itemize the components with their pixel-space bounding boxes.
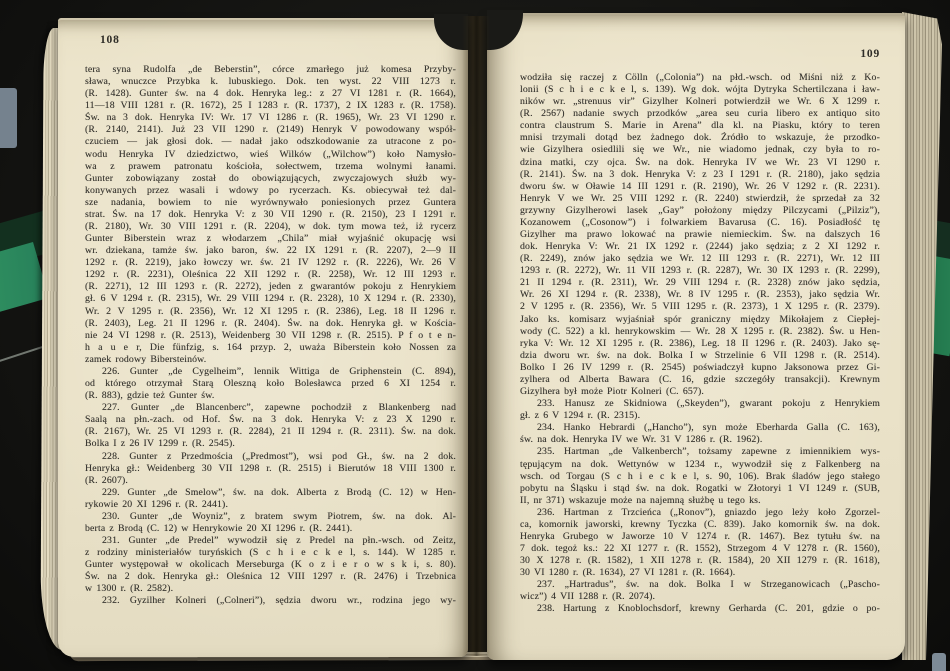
text-line: wa z prawem patronatu kościoła, sołectwe… <box>85 161 456 173</box>
text-line: grzywny Gizylherowi lasek „Gay” położony… <box>520 205 880 217</box>
text-line: (R. 2167), Wr. 25 VI 1293 r. (R. 2284), … <box>85 426 456 438</box>
text-line: zamek rodowy Bibersteinów. <box>85 354 456 366</box>
text-line: Gizylhera był może Piotr Kolneri (C. 657… <box>520 386 880 398</box>
text-line: (R. 2567) nadanie swych przodków „area s… <box>520 108 880 120</box>
text-line: Kozanowem („Cosonow”) i folwarkiem Bavar… <box>520 217 880 229</box>
text-line: Bolko I 26 IV 1299 r. (R. 2545) poświadc… <box>520 362 880 374</box>
text-line: wicz”) 4 VII 1288 r. (R. 2074). <box>520 591 880 603</box>
page-text-right: wodziła się raczej z Cölln („Colonia”) n… <box>520 72 880 616</box>
text-line: berta z Brodą (C. 12) w Henrykowie 20 XI… <box>85 523 456 535</box>
text-line: Wr. 2 V 1295 r. (R. 2356), Wr. 12 XI 129… <box>85 306 456 318</box>
text-line: (R. 2180), Wr. 30 VIII 1291 r. (R. 2204)… <box>85 221 456 233</box>
text-line: 30 VI 1280 r. (R. 1634), 27 VI 1281 r. (… <box>520 567 880 579</box>
text-line: II, nr 371) wskazuje może na najemną słu… <box>520 495 880 507</box>
text-line: Henryka Grubego w Jaworze 10 V 1274 r. (… <box>520 531 880 543</box>
text-line: Gizylher ma prawo lokować na prawie niem… <box>520 229 880 241</box>
text-line: z rodziny ministeriałów turyńskich (S c … <box>85 547 456 559</box>
text-line: 11—18 VIII 1281 r. (R. 1672), 25 I 1283 … <box>85 100 456 112</box>
book-page-left: 108 tera syna Rudolfa „de Beberstin”, có… <box>58 18 468 657</box>
text-line: (R. 2271), 12 III 1293 r. (R. 2272), jed… <box>85 281 456 293</box>
page-number-right: 109 <box>860 48 880 60</box>
text-line: ca, komornik jaworski, krewny Tyczka (C.… <box>520 519 880 531</box>
text-line: dok. Henryka V: Wr. 21 IX 1292 r. (2244)… <box>520 241 880 253</box>
text-line: pobytu na Śląsku i stąd św. na dok. Roga… <box>520 483 880 495</box>
text-line: (R. 2249), znów jako sędzia we Wr. 12 II… <box>520 253 880 265</box>
text-line: rykowie 20 XI 1296 r. (R. 2441). <box>85 499 456 511</box>
text-line: od którego otrzymał Starą Oleszną koło B… <box>85 378 456 390</box>
text-line: ników wr. „strenuus vir” Gizylher Kolner… <box>520 96 880 108</box>
text-line: 234. Hanko Hebrardi („Hancho”), syn może… <box>520 422 880 434</box>
text-line: 232. Gyzilher Kolneri („Colneri”), sędzi… <box>85 595 456 607</box>
text-line: dzia dworu wr. św. na dok. Bolka I w Str… <box>520 350 880 362</box>
text-line: św. na dok. Henryka IV we Wr. 31 V 1286 … <box>520 434 880 446</box>
text-line: h a u e r, Die fünfzig, s. 164 przyp. 2,… <box>85 342 456 354</box>
text-line: 229. Gunter „de Smelow”, św. na dok. Alb… <box>85 487 456 499</box>
text-line: gł. z 6 V 1294 r. (R. 2315). <box>520 410 880 422</box>
text-line: 30 X 1278 r. (R. 1582), 1 XII 1278 r. (R… <box>520 555 880 567</box>
page-number-left: 108 <box>100 34 120 46</box>
text-line: czuciem — jak głosi dok. — nadał jako od… <box>85 136 456 148</box>
text-line: (R. 2607). <box>85 475 456 487</box>
text-line: 2 V 1295 r. (R. 2356), Wr. 5 VIII 1295 r… <box>520 301 880 313</box>
text-line: (R. 2403), Leg. 21 II 1296 r. (R. 2404).… <box>85 318 456 330</box>
text-line: 21 II 1294 r. (R. 2311), Wr. 29 VIII 129… <box>520 277 880 289</box>
text-line: tera syna Rudolfa „de Beberstin”, córce … <box>85 64 456 76</box>
bookmark-tab-bottom-right <box>932 653 946 671</box>
text-line: strat. Św. na 17 dok. Henryka V: z 30 VI… <box>85 209 456 221</box>
text-line: konywanych przez wasali i wdowy po rycer… <box>85 185 456 197</box>
text-line: wodziła się raczej z Cölln („Colonia”) n… <box>520 72 880 84</box>
text-line: dzina matki, czy ojca. Św. na dok. Henry… <box>520 157 880 169</box>
text-line: dworu św. w Oławie 14 III 1291 r. (R. 21… <box>520 181 880 193</box>
text-line: Henryk V we Wr. 25 VIII 1292 r. (R. 2240… <box>520 193 880 205</box>
page-text-left: tera syna Rudolfa „de Beberstin”, córce … <box>85 64 456 608</box>
text-line: nie 24 VI 1298 r. (R. 2513), Weidenberg … <box>85 330 456 342</box>
text-line: Jako ks. komisarz wyjaśniał spór granicz… <box>520 314 880 326</box>
text-line: wodu Henryka IV dziedzictwo, wieś Wilków… <box>85 149 456 161</box>
text-line: 236. Hartman z Trzcieńca („Ronov”), gnia… <box>520 507 880 519</box>
text-line: contra claustrum S. Marie in Arena” dla … <box>520 120 880 132</box>
text-line: w 1300 r. (R. 2582). <box>85 583 456 595</box>
text-line: 233. Hanusz ze Skidniowa („Skeyden”), gw… <box>520 398 880 410</box>
text-line: Saalą na płn.-zach. od Hof. Św. na 3 dok… <box>85 414 456 426</box>
text-line: 238. Hartung z Knoblochsdorf, krewny Ger… <box>520 603 880 615</box>
text-line: 1292 r. (R. 2219), jako łowczy wr. św. 2… <box>85 257 456 269</box>
text-line: Henryka gł.: Weidenberg 30 VII 1298 r. (… <box>85 463 456 475</box>
text-line: lonii (S c h i e c k e l, s. 139). Wg do… <box>520 84 880 96</box>
text-line: 231. Gunter „de Predel” wywodził się z P… <box>85 535 456 547</box>
text-line: 228. Gunter z Przedmościa („Predmost”), … <box>85 451 456 463</box>
text-line: 7 dok. tegoż ks.: 22 XI 1277 r. (R. 1552… <box>520 543 880 555</box>
text-line: (R. 1428). Gunter św. na 4 dok. Henryka … <box>85 88 456 100</box>
text-line: 230. Gunter „de Woyniz”, z bratem swym P… <box>85 511 456 523</box>
text-line: gł. 6 V 1294 r. (R. 2315), Wr. 29 VIII 1… <box>85 293 456 305</box>
text-line: wody (C. 522) a kl. henrykowskim — Wr. 2… <box>520 326 880 338</box>
text-line: wsch. od Torgau (S c h i e c k e l, s. 9… <box>520 471 880 483</box>
text-line: (R. 883), gdzie też Gunter św. <box>85 390 456 402</box>
text-line: Św. na 2 dok. Henryka gł.: Oleśnica 12 V… <box>85 571 456 583</box>
text-line: 237. „Hartradus”, św. na dok. Bolka I w … <box>520 579 880 591</box>
text-line: 235. Hartman „de Valkenberch”, tożsamy z… <box>520 446 880 458</box>
text-line: Bolka I z 26 IV 1299 r. (R. 2545). <box>85 438 456 450</box>
text-line: tępującym na dok. Wettynów w 1234 r., wy… <box>520 459 880 471</box>
text-line: sława, wnuczce Przybka k. lubuskiego. Do… <box>85 76 456 88</box>
text-line: Wr. 26 XI 1294 r. (R. 2338), Wr. 8 IV 12… <box>520 289 880 301</box>
text-line: (R. 2140, 2141). Już 23 VII 1290 r. (214… <box>85 124 456 136</box>
text-line: Gunter występował w okolicach Merseburga… <box>85 559 456 571</box>
text-line: Gunter zobowiązany został do obowiązując… <box>85 173 456 185</box>
text-line: Gunter Biberstein wraz z włodarzem „Chil… <box>85 233 456 245</box>
text-line: 1292 r. (R. 2231), Oleśnica 22 XII 1292 … <box>85 269 456 281</box>
text-line: 226. Gunter „de Cygelheim”, lennik Witti… <box>85 366 456 378</box>
book-page-right: 109 wodziła się raczej z Cölln („Colonia… <box>487 13 905 660</box>
text-line: (R. 2141). Św. na 3 dok. Henryka V: z 23… <box>520 169 880 181</box>
text-line: ryka V: Wr. 12 XI 1295 r. (R. 2386), Leg… <box>520 338 880 350</box>
text-line: mnisi trzymali dotąd bez żadnego dok. Źr… <box>520 132 880 144</box>
text-line: wie Gizylhera osiedlili się we Wr., nie … <box>520 144 880 156</box>
text-line: sze nadania, bowiem to nie wyrównywało p… <box>85 197 456 209</box>
text-line: 1293 r. (R. 2272), Wr. 11 VII 1293 r. (R… <box>520 265 880 277</box>
text-line: wr. dziekana, tamże św. jako baron, św. … <box>85 245 456 257</box>
text-line: zylhera od Alberta Bawara (C. 16, gdzie … <box>520 374 880 386</box>
text-line: Św. na 3 dok. Henryka IV: Wr. 17 VI 1286… <box>85 112 456 124</box>
bookmark-tab-left <box>0 88 17 148</box>
text-line: 227. Gunter „de Blancenberc”, zapewne po… <box>85 402 456 414</box>
